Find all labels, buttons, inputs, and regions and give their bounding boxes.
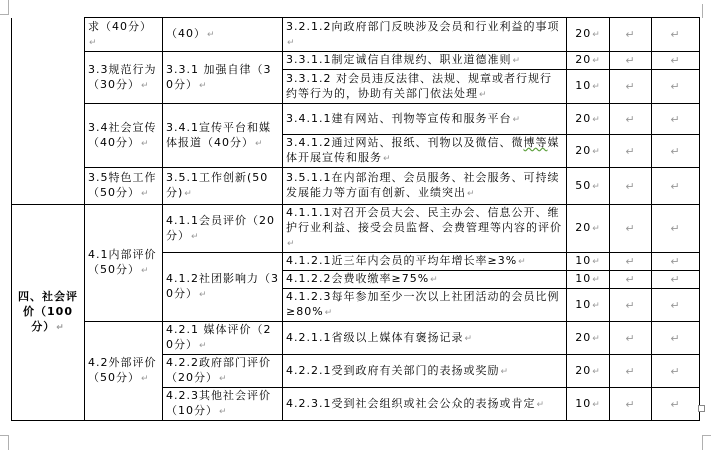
review-score-cell[interactable]: ↵ [652,388,700,421]
sub-item-cell: 3.4.1宣传平台和媒体报道（40分）↵ [163,104,283,168]
table-row: 4.2外部评价（50分）↵ 4.2.1 媒体评价（20分）↵ 4.2.1.1省级… [12,322,700,355]
sub-item-cell: 4.1.2社团影响力（30分）↵ [163,253,283,322]
review-score-cell[interactable]: ↵ [652,205,700,253]
sub-item-cell: 4.2.1 媒体评价（20分）↵ [163,322,283,355]
sub-item-cell: （40）↵ [163,18,283,52]
sub-item-cell: 3.3.1 加强自律（30分）↵ [163,52,283,104]
item-cell: 4.2外部评价（50分）↵ [85,322,163,421]
score-cell: 10↵ [567,289,610,322]
score-cell: 10↵ [567,388,610,421]
section-cell-continued [12,18,85,205]
score-cell: 20↵ [567,52,610,70]
criteria-cell: 4.1.2.3每年参加至少一次以上社团活动的会员比例≥80%↵ [283,289,567,322]
sub-item-cell: 4.1.1会员评价（20分）↵ [163,205,283,253]
evaluation-table: 求（40分）↵ （40）↵ 3.2.1.2向政府部门反映涉及会员和行业利益的事项… [11,17,700,421]
self-score-cell[interactable]: ↵ [610,322,652,355]
page-corner-mark-top-right [702,4,711,18]
self-score-cell[interactable]: ↵ [610,52,652,70]
sub-item-cell: 4.2.2政府部门评价（20分）↵ [163,355,283,388]
score-cell: 50↵ [567,168,610,205]
page-corner-mark-top-left [0,0,9,15]
self-score-cell[interactable]: ↵ [610,205,652,253]
table-row: 求（40分）↵ （40）↵ 3.2.1.2向政府部门反映涉及会员和行业利益的事项… [12,18,700,52]
score-cell: 10↵ [567,253,610,271]
score-cell: 20↵ [567,135,610,168]
review-score-cell[interactable]: ↵ [652,52,700,70]
score-cell: 10↵ [567,271,610,289]
page-corner-mark-bottom-right [702,435,711,450]
criteria-cell: 4.2.2.1受到政府有关部门的表扬或奖励↵ [283,355,567,388]
section-cell: 四、社会评价（100分）↵ [12,205,85,421]
self-score-cell[interactable]: ↵ [610,18,652,52]
review-score-cell[interactable]: ↵ [652,355,700,388]
review-score-cell[interactable]: ↵ [652,289,700,322]
self-score-cell[interactable]: ↵ [610,104,652,135]
table-row: 3.3规范行为（30分）↵ 3.3.1 加强自律（30分）↵ 3.3.1.1制定… [12,52,700,70]
score-cell: 20↵ [567,104,610,135]
self-score-cell[interactable]: ↵ [610,289,652,322]
review-score-cell[interactable]: ↵ [652,253,700,271]
item-cell: 3.4社会宣传（40分）↵ [85,104,163,168]
review-score-cell[interactable]: ↵ [652,135,700,168]
item-cell: 求（40分）↵ [85,18,163,52]
criteria-cell: 4.2.1.1省级以上媒体有褒扬记录↵ [283,322,567,355]
self-score-cell[interactable]: ↵ [610,355,652,388]
self-score-cell[interactable]: ↵ [610,70,652,104]
item-cell: 3.5特色工作（50分）↵ [85,168,163,205]
page-corner-mark-bottom-left [0,435,9,450]
table-row: 四、社会评价（100分）↵ 4.1内部评价（50分）↵ 4.1.1会员评价（20… [12,205,700,253]
review-score-cell[interactable]: ↵ [652,70,700,104]
table-row: 3.5特色工作（50分）↵ 3.5.1工作创新(50分)↵ 3.5.1.1在内部… [12,168,700,205]
criteria-cell: 4.1.2.2会费收缴率≥75%↵ [283,271,567,289]
criteria-cell: 4.1.1.1对召开会员大会、民主办会、信息公开、维护行业利益、接受会员监督、会… [283,205,567,253]
score-cell: 20↵ [567,355,610,388]
criteria-cell: 3.2.1.2向政府部门反映涉及会员和行业利益的事项↵ [283,18,567,52]
self-score-cell[interactable]: ↵ [610,271,652,289]
self-score-cell[interactable]: ↵ [610,388,652,421]
criteria-cell: 3.3.1.2 对会员违反法律、法规、规章或者行规行约等行为的，协助有关部门依法… [283,70,567,104]
criteria-cell: 3.3.1.1制定诚信自律规约、职业道德准则↵ [283,52,567,70]
item-cell: 3.3规范行为（30分）↵ [85,52,163,104]
sub-item-cell: 3.5.1工作创新(50分)↵ [163,168,283,205]
criteria-cell: 3.4.1.1建有网站、刊物等宣传和服务平台↵ [283,104,567,135]
score-cell: 20↵ [567,18,610,52]
criteria-cell: 4.1.2.1近三年内会员的平均年增长率≥3%↵ [283,253,567,271]
self-score-cell[interactable]: ↵ [610,135,652,168]
criteria-cell: 3.4.1.2通过网站、报纸、刊物以及微信、微博等媒体开展宣传和服务↵ [283,135,567,168]
criteria-cell: 4.2.3.1受到社会组织或社会公众的表扬或肯定↵ [283,388,567,421]
item-cell: 4.1内部评价（50分）↵ [85,205,163,322]
score-cell: 10↵ [567,70,610,104]
score-cell: 20↵ [567,205,610,253]
review-score-cell[interactable]: ↵ [652,168,700,205]
self-score-cell[interactable]: ↵ [610,253,652,271]
score-cell: 20↵ [567,322,610,355]
table-resize-handle[interactable] [698,405,705,412]
review-score-cell[interactable]: ↵ [652,104,700,135]
table-row: 3.4社会宣传（40分）↵ 3.4.1宣传平台和媒体报道（40分）↵ 3.4.1… [12,104,700,135]
review-score-cell[interactable]: ↵ [652,322,700,355]
review-score-cell[interactable]: ↵ [652,271,700,289]
self-score-cell[interactable]: ↵ [610,168,652,205]
sub-item-cell: 4.2.3其他社会评价（10分）↵ [163,388,283,421]
review-score-cell[interactable]: ↵ [652,18,700,52]
criteria-cell: 3.5.1.1在内部治理、会员服务、社会服务、可持续发展能力等方面有创新、业绩突… [283,168,567,205]
